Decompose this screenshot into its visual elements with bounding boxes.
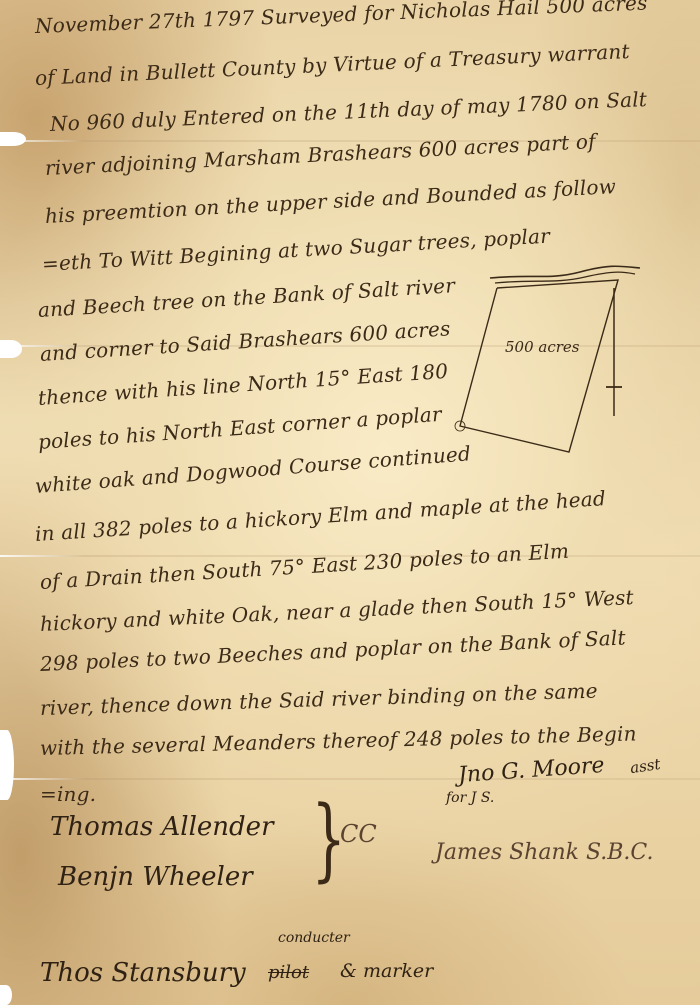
text-line: thence with his line North 15° East 180	[37, 359, 449, 410]
marker-role-struck: pilot	[268, 962, 309, 983]
chain-carrier-2-signature: Benjn Wheeler	[58, 862, 253, 892]
survey-plat-diagram	[440, 250, 700, 470]
manuscript-page: November 27th 1797 Surveyed for Nicholas…	[0, 0, 700, 1005]
torn-edge	[0, 340, 22, 358]
marker-role-inserted: conducter	[278, 930, 350, 946]
text-line: of a Drain then South 75° East 230 poles…	[39, 539, 569, 594]
county-surveyor-signature: James Shank S.B.C.	[435, 840, 653, 865]
torn-edge	[0, 730, 14, 800]
text-line: 298 poles to two Beeches and poplar on t…	[39, 625, 626, 676]
text-line: with the several Meanders thereof 248 po…	[40, 721, 637, 760]
surveyor-for-annotation: for J S.	[446, 790, 494, 806]
torn-edge	[0, 132, 26, 146]
marker-signature: Thos Stansbury	[40, 958, 246, 988]
text-line: and corner to Said Brashears 600 acres	[39, 316, 451, 366]
torn-edge	[0, 985, 12, 1005]
chain-carriers-role: CC	[340, 820, 377, 848]
plat-acreage-label: 500 acres	[505, 338, 580, 356]
chain-carrier-1-signature: Thomas Allender	[50, 812, 274, 842]
text-line: November 27th 1797 Surveyed for Nicholas…	[35, 0, 648, 38]
text-line: white oak and Dogwood Course continued	[34, 441, 472, 498]
text-line: and Beech tree on the Bank of Salt river	[37, 273, 455, 322]
tract-boundary	[460, 280, 618, 452]
text-line: No 960 duly Entered on the 11th day of m…	[49, 87, 647, 136]
text-line: poles to his North East corner a poplar	[37, 402, 442, 454]
text-line: river adjoining Marsham Brashears 600 ac…	[44, 129, 596, 180]
surveyor-role: asst	[629, 755, 662, 777]
text-line: of Land in Bullett County by Virtue of a…	[34, 39, 630, 90]
text-line: in all 382 poles to a hickory Elm and ma…	[34, 486, 606, 546]
text-line: =ing.	[40, 782, 96, 806]
surveyor-signature: Jno G. Moore	[457, 753, 605, 788]
text-line: his preemtion on the upper side and Boun…	[44, 174, 616, 228]
marker-role-rest: & marker	[340, 960, 433, 982]
text-line: river, thence down the Said river bindin…	[40, 678, 598, 720]
